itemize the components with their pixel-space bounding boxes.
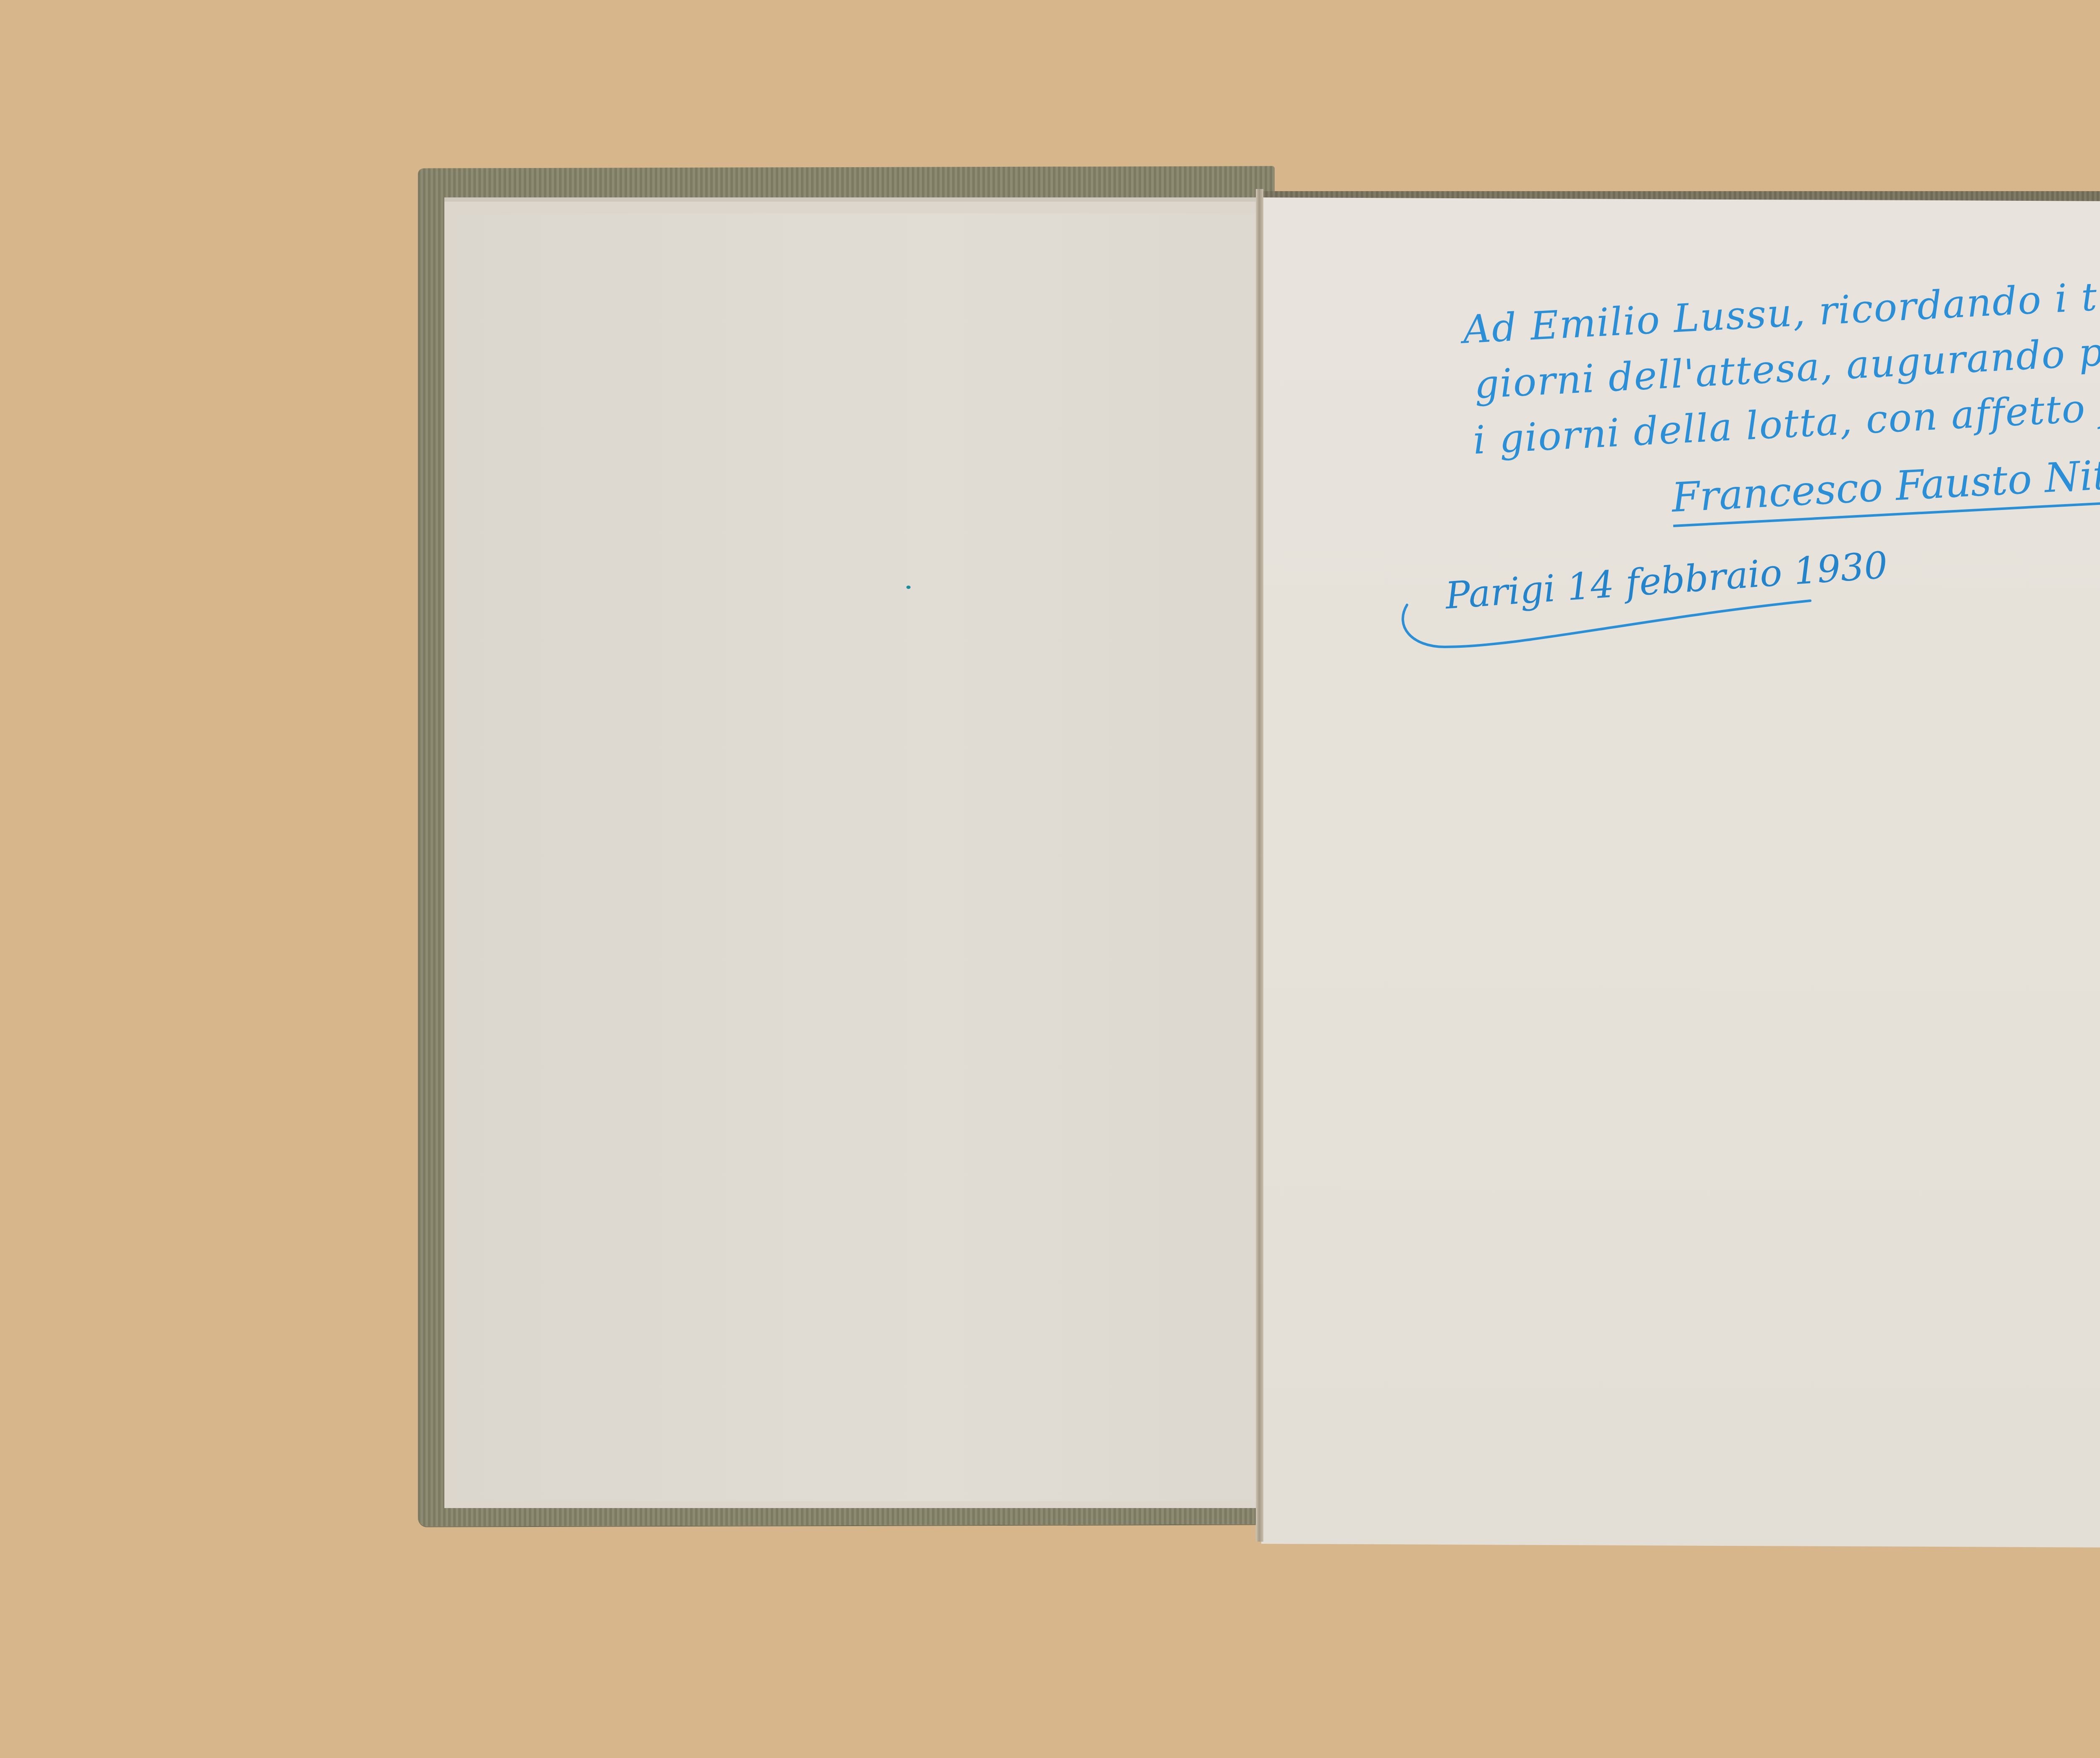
date-underline-flourish [1394, 588, 1814, 655]
ink-spot [906, 586, 911, 589]
book-gutter [1256, 189, 1263, 1542]
left-blank-page [456, 213, 1260, 1501]
dedication-text: Ad Emilio Lussu, ricordando i tristi gio… [1462, 269, 2100, 468]
open-book: Ad Emilio Lussu, ricordando i tristi gio… [0, 0, 2100, 1758]
